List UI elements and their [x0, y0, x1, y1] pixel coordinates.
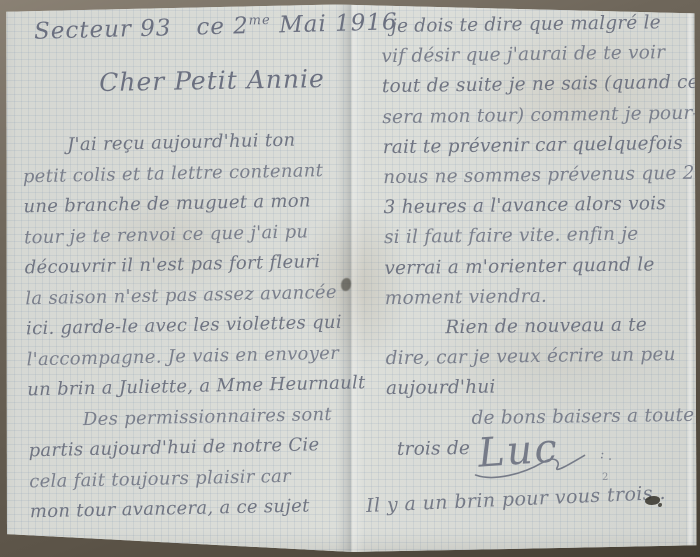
letter-salutation: Cher Petit Annie	[82, 64, 342, 98]
handwritten-line: dire, car je veux écrire un peu	[385, 340, 685, 374]
letter-body-right: je dois te dire que malgré levif désir q…	[381, 8, 687, 465]
pencil-mark: 2	[602, 472, 608, 483]
letter-postscript: Il y a un brin pour vous trois .	[366, 481, 687, 517]
handwritten-line: tout de suite je ne sais (quand cela	[382, 68, 682, 102]
handwritten-line: nous ne sommes prévenus que 2 ou	[383, 159, 683, 193]
handwritten-line: sera mon tour) comment je pour-	[382, 99, 682, 133]
handwritten-line: rait te prévenir car quelquefois	[383, 129, 683, 163]
dateline-pre: Secteur 93 ce 2	[34, 13, 249, 45]
handwritten-line: vif désir que j'aurai de te voir	[381, 38, 681, 72]
letter-paper: Secteur 93 ce 2me Mai 1916 Cher Petit An…	[0, 0, 700, 557]
dateline-post: Mai 1916	[271, 9, 398, 38]
handwritten-line: 3 heures a l'avance alors vois	[383, 189, 683, 223]
handwritten-line: si il faut faire vite. enfin je	[384, 219, 684, 253]
ink-blot-dot	[658, 503, 662, 507]
photo-background: Secteur 93 ce 2me Mai 1916 Cher Petit An…	[0, 0, 700, 557]
letter-body-left: J'ai reçu aujourd'hui tonpetit colis et …	[22, 125, 350, 528]
handwritten-line: verrai a m'orienter quand le	[384, 250, 684, 284]
signature: Luc	[476, 425, 560, 477]
handwritten-line: moment viendra.	[385, 280, 685, 314]
handwritten-line: mon tour avancera, a ce sujet	[30, 491, 351, 528]
handwritten-line: je dois te dire que malgré le	[381, 8, 681, 42]
dateline-superscript: me	[249, 13, 271, 29]
signature-dots: : .	[599, 447, 614, 464]
handwritten-line: Rien de nouveau a te	[385, 310, 685, 344]
handwritten-line: aujourd'hui	[386, 370, 686, 404]
